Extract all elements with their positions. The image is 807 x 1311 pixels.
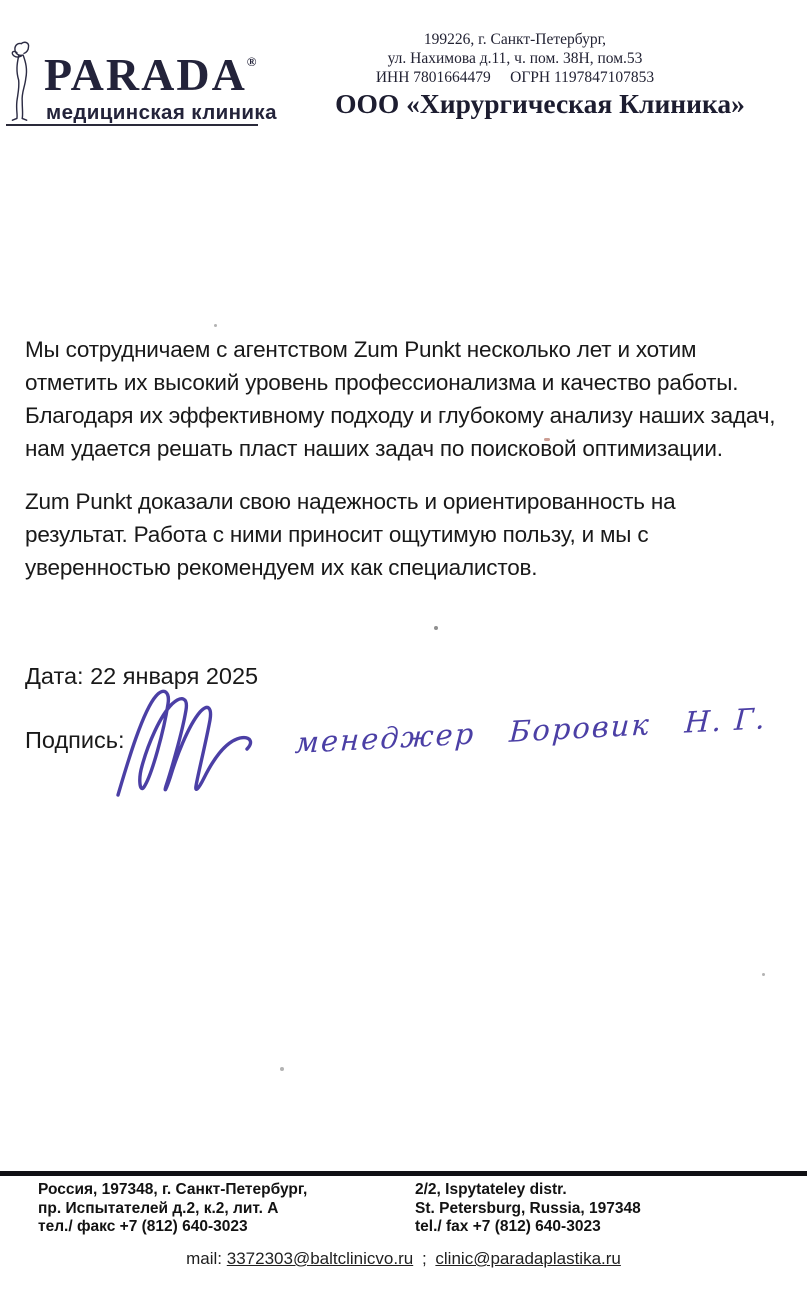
scan-artifact-dot [214, 324, 217, 327]
mail-separator: ; [422, 1249, 427, 1268]
footer-line: 2/2, Ispytateley distr. [415, 1181, 641, 1200]
paragraph-line: результат. Работа с ними приносит ощутим… [25, 518, 795, 551]
brand-name: PARADA® [44, 38, 277, 99]
handwriting-word: Н. Г. [684, 701, 768, 739]
company-title: ООО «Хирургическая Клиника» [280, 88, 800, 120]
email-link-baltclinic[interactable]: 3372303@baltclinicvo.ru [227, 1249, 413, 1268]
handwriting-word: менеджер [294, 716, 476, 760]
scan-artifact-dot [280, 1067, 284, 1071]
footer-line: пр. Испытателей д.2, к.2, лит. А [38, 1200, 307, 1219]
scan-artifact-dot [762, 973, 765, 976]
scan-artifact-dot [544, 438, 550, 441]
footer-address-en: 2/2, Ispytateley distr. St. Petersburg, … [415, 1181, 641, 1237]
footer-line: tel./ fax +7 (812) 640-3023 [415, 1218, 641, 1237]
scan-artifact-dot [434, 626, 438, 630]
address-line: 199226, г. Санкт-Петербург, [360, 30, 670, 49]
header-address-block: 199226, г. Санкт-Петербург, ул. Нахимова… [360, 30, 670, 87]
footer-line: Россия, 197348, г. Санкт-Петербург, [38, 1181, 307, 1200]
signature-label: Подпись: [25, 727, 125, 754]
brand-tagline: медицинская клиника [46, 101, 277, 125]
paragraph-line: нам удается решать пласт наших задач по … [25, 432, 795, 465]
email-link-paradaplastika[interactable]: clinic@paradaplastika.ru [435, 1249, 620, 1268]
woman-silhouette-icon [6, 40, 42, 122]
scanned-letter-page: PARADA® медицинская клиника 199226, г. С… [0, 0, 807, 1311]
clinic-logo: PARADA® медицинская клиника [6, 38, 258, 126]
paragraph-line: отметить их высокий уровень профессионал… [25, 366, 795, 399]
paragraph-line: уверенностью рекомендуем их как специали… [25, 551, 795, 584]
registered-mark: ® [247, 54, 257, 69]
paragraph-line: Благодаря их эффективному подходу и глуб… [25, 399, 795, 432]
inn-ogrn-line: ИНН 7801664479 ОГРН 1197847107853 [360, 68, 670, 87]
paragraph-1: Мы сотрудничаем с агентством Zum Punkt н… [25, 333, 795, 465]
handwriting-word: Боровик [508, 707, 651, 749]
paragraph-line: Zum Punkt доказали свою надежность и ори… [25, 485, 795, 518]
handwritten-signature-icon [112, 682, 262, 807]
footer-line: St. Petersburg, Russia, 197348 [415, 1200, 641, 1219]
paragraph-2: Zum Punkt доказали свою надежность и ори… [25, 485, 795, 584]
footer-address-ru: Россия, 197348, г. Санкт-Петербург, пр. … [38, 1181, 307, 1237]
footer-divider [0, 1171, 807, 1176]
footer-mail-line: mail: 3372303@baltclinicvo.ru ; clinic@p… [0, 1249, 807, 1269]
mail-label: mail: [186, 1249, 222, 1268]
paragraph-line: Мы сотрудничаем с агентством Zum Punkt н… [25, 333, 795, 366]
handwritten-signature-text: менеджер Боровик Н. Г. [294, 700, 800, 761]
address-line: ул. Нахимова д.11, ч. пом. 38Н, пом.53 [360, 49, 670, 68]
footer-line: тел./ факс +7 (812) 640-3023 [38, 1218, 307, 1237]
